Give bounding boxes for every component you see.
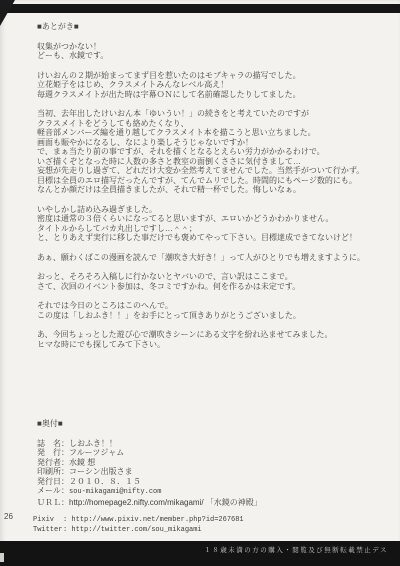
- colophon-separator: ：: [61, 439, 69, 448]
- afterword-line: 軽音部メンバーズ編を通り越してクラスメイト本を描こうと思い立ちました。: [37, 128, 393, 138]
- afterword-paragraph: あぁ、願わくばこの漫画を読んで「潮吹き大好き！」って人がひとりでも増えますように…: [37, 253, 393, 263]
- colophon-row: 発 行：フルーツジャム: [37, 448, 393, 458]
- colophon-row: 誌 名：しおふき！！: [37, 439, 393, 449]
- afterword-paragraph: あ、今回ちょっとした遊び心で潮吹きシーンにある文字を紛れ込ませてみました。ヒマな…: [37, 330, 393, 349]
- colophon-value: 水鏡 想: [69, 458, 95, 467]
- colophon-label: 発行日: [37, 477, 61, 487]
- afterword-line: どーも、水鏡です。: [37, 51, 393, 61]
- colophon-value: sou-mikagami@nifty.com: [69, 488, 161, 496]
- afterword-line: あぁ、願わくばこの漫画を読んで「潮吹き大好き！」って人がひとりでも増えますように…: [37, 253, 393, 263]
- afterword-paragraph: おっと、そろそろ入稿しに行かないとヤバいので、言い訳はここまで。さて、次回のイベ…: [37, 272, 393, 291]
- afterword-line: 妄想が先走りし過ぎて、どれだけ大変か全然考えてませんでした。当然手がついて行かず…: [37, 166, 393, 176]
- afterword-line: なんとか顔だけは全員描きましたが、それで精一杯でした。悔しいなぁ。: [37, 185, 393, 195]
- colophon-label: 誌 名: [37, 439, 61, 449]
- afterword-line: クラスメイトをどうしても絡めたくなり、: [37, 119, 393, 129]
- afterword-line: と、とりあえず実行に移した事だけでも褒めてやって下さい。目標達成できてないけど！: [37, 233, 393, 243]
- colophon-section: ■奥付■ 誌 名：しおふき！！発 行：フルーツジャム発行者：水鏡 想印刷所：コー…: [37, 419, 393, 507]
- age-disclaimer: １８歳未満の方の購入・閲覧及び無断転載禁止デス: [204, 545, 388, 554]
- afterword-line: 毎週クラスメイトが出た時は字幕ＯＮにして名前確認したりしてました。: [37, 90, 393, 100]
- colophon-value: しおふき！！: [69, 439, 117, 448]
- afterword-line: 当初、去年出したけいおん本「ゆいうい！」の続きをと考えていたのですが: [37, 109, 393, 119]
- link-row-pixiv: Pixiv: http://www.pixiv.net/member.php?i…: [33, 516, 393, 526]
- colophon-separator: ：: [61, 486, 69, 495]
- colophon-entries: 誌 名：しおふき！！発 行：フルーツジャム発行者：水鏡 想印刷所：コーシン出版さ…: [37, 439, 393, 508]
- link-url: http://www.pixiv.net/member.php?id=26768…: [71, 516, 243, 524]
- colophon-row: 印刷所：コーシン出版さま: [37, 467, 393, 477]
- afterword-paragraph: 収集がつかない！どーも、水鏡です。: [37, 42, 393, 61]
- colophon-label: メール: [37, 486, 61, 496]
- page-corner-artifact: [0, 0, 15, 26]
- colophon-row: メール：sou-mikagami@nifty.com: [37, 486, 393, 498]
- afterword-paragraph: それでは今日のところはこのへんで。この度は「しおふき！！」をお手にとって頂きあり…: [37, 301, 393, 320]
- colophon-value: ２０１０．８．１５: [69, 477, 141, 486]
- link-label: Twitter: [33, 526, 63, 536]
- colophon-value: コーシン出版さま: [69, 467, 133, 476]
- afterword-paragraph: 当初、去年出したけいおん本「ゆいうい！」の続きをと考えていたのですがクラスメイト…: [37, 109, 393, 195]
- afterword-line: 目標は全員のエロ描写だったんですが、てんでムリでした。時間的にもページ数的にも。: [37, 176, 393, 186]
- colophon-row: ＵＲＬ：http://homepage2.nifty.com/mikagami/…: [37, 498, 393, 508]
- colophon-label: 発行者: [37, 458, 61, 468]
- colophon-links: Pixiv: http://www.pixiv.net/member.php?i…: [33, 516, 393, 535]
- afterword-line: 立花姫子をはじめ、クラスメイトみんなレベル高え！: [37, 80, 393, 90]
- colophon-separator: ：: [61, 477, 69, 486]
- link-label: Pixiv: [33, 516, 63, 526]
- colophon-label: 印刷所: [37, 467, 61, 477]
- colophon-value: フルーツジャム: [69, 448, 124, 457]
- page-number: 26: [4, 512, 13, 521]
- colophon-label: 発 行: [37, 448, 61, 458]
- afterword-body: 収集がつかない！どーも、水鏡です。けいおんの２期が始まってまず目を惹いたのはモブ…: [37, 42, 393, 350]
- colophon-label: ＵＲＬ: [37, 498, 61, 508]
- link-url: http://twitter.com/sou_mikagami: [71, 526, 201, 534]
- afterword-line: それでは今日のところはこのへんで。: [37, 301, 393, 311]
- afterword-line: この度は「しおふき！！」をお手にとって頂きありがとうございました。: [37, 311, 393, 321]
- colophon-value: http://homepage2.nifty.com/mikagami/ 「水鏡…: [69, 498, 262, 507]
- afterword-paragraph: いやしかし詰め込み過ぎました。密度は通常の３倍くらいになってると思いますが、エロ…: [37, 205, 393, 243]
- afterword-line: ヒマな時にでも探してみて下さい。: [37, 340, 393, 350]
- colophon-heading: ■奥付■: [37, 419, 393, 429]
- link-row-twitter: Twitter: http://twitter.com/sou_mikagami: [33, 526, 393, 536]
- afterword-heading: ■あとがき■: [37, 22, 393, 32]
- afterword-paragraph: けいおんの２期が始まってまず目を惹いたのはモブキャラの描写でした。立花姫子をはじ…: [37, 71, 393, 100]
- colophon-row: 発行日：２０１０．８．１５: [37, 477, 393, 487]
- afterword-line: で、まぁ当たり前の事ですが、それを描くとなるとえらい労力がかかるわけで。: [37, 147, 393, 157]
- afterword-line: さて、次回のイベント参加は、冬コミですかね。何を作るかは未定です。: [37, 282, 393, 292]
- afterword-line: タイトルからしてバカ丸出しですし…＾＾；: [37, 224, 393, 234]
- afterword-line: あ、今回ちょっとした遊び心で潮吹きシーンにある文字を紛れ込ませてみました。: [37, 330, 393, 340]
- colophon-separator: ：: [61, 467, 69, 476]
- bottom-scan-bar: １８歳未満の方の購入・閲覧及び無断転載禁止デス: [0, 541, 400, 566]
- afterword-line: けいおんの２期が始まってまず目を惹いたのはモブキャラの描写でした。: [37, 71, 393, 81]
- afterword-line: いざ描くぞとなった時に人数の多さと教室の面倒くささに気付きまして…: [37, 157, 393, 167]
- afterword-section: ■あとがき■ 収集がつかない！どーも、水鏡です。けいおんの２期が始まってまず目を…: [37, 22, 393, 359]
- scan-notch: [0, 553, 4, 562]
- scanned-page: ■あとがき■ 収集がつかない！どーも、水鏡です。けいおんの２期が始まってまず目を…: [0, 0, 400, 566]
- afterword-line: 収集がつかない！: [37, 42, 393, 52]
- afterword-line: 画面も賑やかになるし、なにより楽しそうじゃないですか！: [37, 138, 393, 148]
- colophon-separator: ：: [61, 458, 69, 467]
- colophon-separator: ：: [61, 498, 69, 507]
- afterword-line: おっと、そろそろ入稿しに行かないとヤバいので、言い訳はここまで。: [37, 272, 393, 282]
- afterword-line: 密度は通常の３倍くらいになってると思いますが、エロいかどうかわかりません。: [37, 214, 393, 224]
- colophon-separator: ：: [61, 448, 69, 457]
- afterword-line: いやしかし詰め込み過ぎました。: [37, 205, 393, 215]
- top-scan-bar: [0, 4, 400, 13]
- colophon-row: 発行者：水鏡 想: [37, 458, 393, 468]
